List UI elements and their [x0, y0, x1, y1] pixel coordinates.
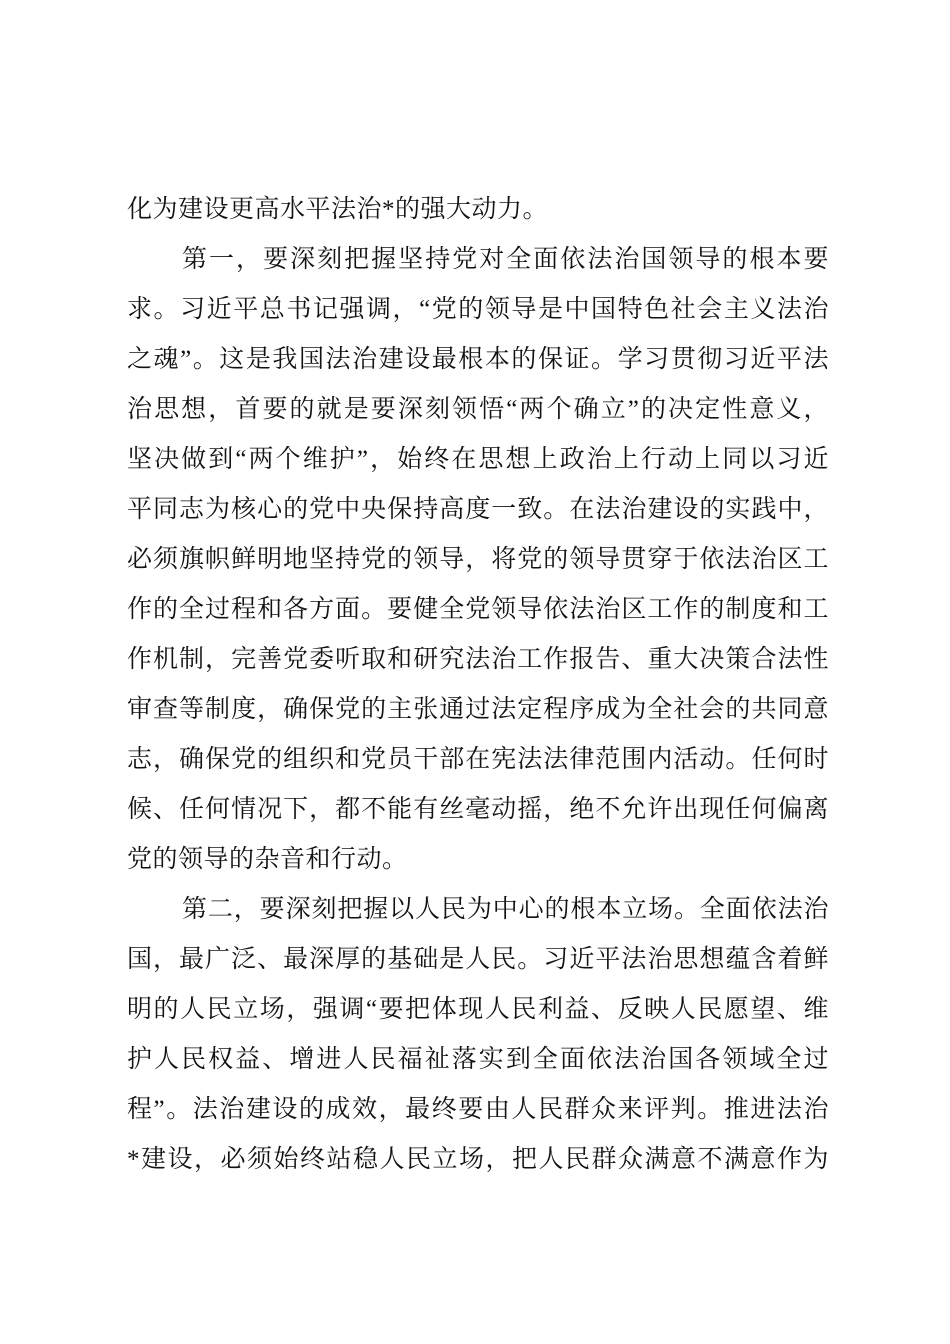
text-line: 国，最广泛、最深厚的基础是人民。习近平法治思想蕴含着鲜 [127, 935, 829, 985]
paragraph-point-one: 第一，要深刻把握坚持党对全面依法治国领导的根本要求。习近平总书记强调，“党的领导… [127, 235, 829, 885]
text-line: 必须旗帜鲜明地坚持党的领导，将党的领导贯穿于依法治区工 [127, 535, 829, 585]
text-line: 化为建设更高水平法治*的强大动力。 [127, 185, 829, 235]
paragraph-continuation: 化为建设更高水平法治*的强大动力。 [127, 185, 829, 235]
text-line: 平同志为核心的党中央保持高度一致。在法治建设的实践中， [127, 485, 829, 535]
text-line: 志，确保党的组织和党员干部在宪法法律范围内活动。任何时 [127, 735, 829, 785]
text-line: 第二，要深刻把握以人民为中心的根本立场。全面依法治 [127, 885, 829, 935]
document-page: 化为建设更高水平法治*的强大动力。第一，要深刻把握坚持党对全面依法治国领导的根本… [0, 0, 950, 1344]
text-line: *建设，必须始终站稳人民立场，把人民群众满意不满意作为 [127, 1135, 829, 1185]
document-viewport: { "page": { "background_color": "#ffffff… [0, 0, 950, 1344]
text-line: 明的人民立场，强调“要把体现人民利益、反映人民愿望、维 [127, 985, 829, 1035]
text-line: 第一，要深刻把握坚持党对全面依法治国领导的根本要 [127, 235, 829, 285]
text-line: 党的领导的杂音和行动。 [127, 835, 829, 885]
text-line: 之魂”。这是我国法治建设最根本的保证。学习贯彻习近平法 [127, 335, 829, 385]
text-line: 坚决做到“两个维护”，始终在思想上政治上行动上同以习近 [127, 435, 829, 485]
text-line: 审查等制度，确保党的主张通过法定程序成为全社会的共同意 [127, 685, 829, 735]
document-content: 化为建设更高水平法治*的强大动力。第一，要深刻把握坚持党对全面依法治国领导的根本… [127, 185, 829, 1185]
text-line: 作的全过程和各方面。要健全党领导依法治区工作的制度和工 [127, 585, 829, 635]
paragraph-point-two: 第二，要深刻把握以人民为中心的根本立场。全面依法治国，最广泛、最深厚的基础是人民… [127, 885, 829, 1185]
text-line: 程”。法治建设的成效，最终要由人民群众来评判。推进法治 [127, 1085, 829, 1135]
text-line: 治思想，首要的就是要深刻领悟“两个确立”的决定性意义， [127, 385, 829, 435]
text-line: 护人民权益、增进人民福祉落实到全面依法治国各领域全过 [127, 1035, 829, 1085]
text-line: 候、任何情况下，都不能有丝毫动摇，绝不允许出现任何偏离 [127, 785, 829, 835]
text-line: 作机制，完善党委听取和研究法治工作报告、重大决策合法性 [127, 635, 829, 685]
text-line: 求。习近平总书记强调，“党的领导是中国特色社会主义法治 [127, 285, 829, 335]
